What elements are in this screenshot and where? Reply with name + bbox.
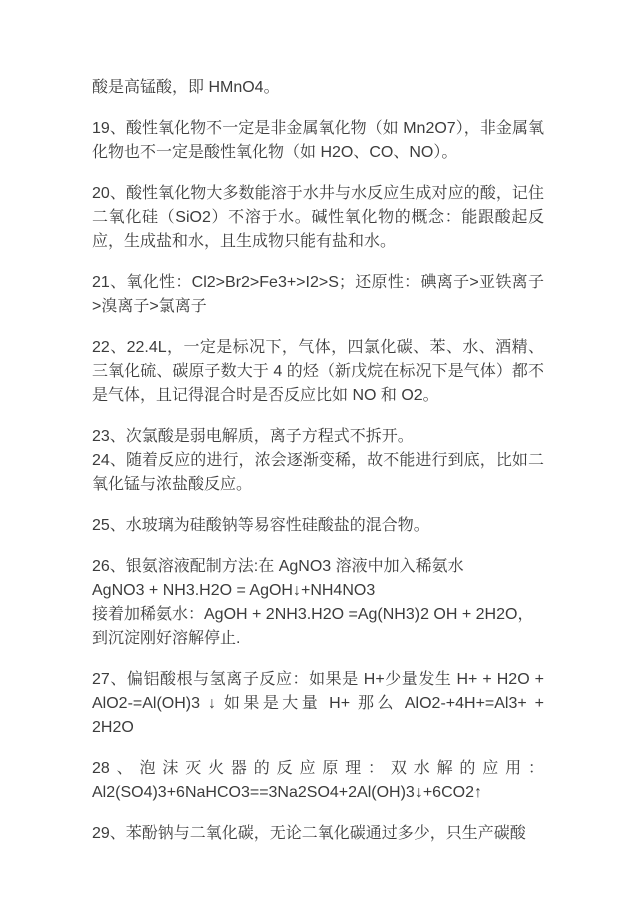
paragraph-18-continuation: 酸是高锰酸，即 HMnO4。 <box>92 76 544 100</box>
paragraph-27: 27、偏铝酸根与氢离子反应：如果是 H+少量发生 H+ + H2O + AlO2… <box>92 668 544 740</box>
paragraph-20: 20、酸性氧化物大多数能溶于水井与水反应生成对应的酸，记住二氧化硅（SiO2）不… <box>92 182 544 254</box>
paragraph-22: 22、22.4L，一定是标况下，气体，四氯化碳、苯、水、酒精、三氧化硫、碳原子数… <box>92 336 544 408</box>
paragraph-19: 19、酸性氧化物不一定是非金属氧化物（如 Mn2O7），非金属氧化物也不一定是酸… <box>92 117 544 165</box>
document-page: 酸是高锰酸，即 HMnO4。19、酸性氧化物不一定是非金属氧化物（如 Mn2O7… <box>0 0 640 905</box>
paragraph-24: 24、随着反应的进行，浓会逐渐变稀，故不能进行到底，比如二氧化锰与浓盐酸反应。 <box>92 449 544 497</box>
document-body: 酸是高锰酸，即 HMnO4。19、酸性氧化物不一定是非金属氧化物（如 Mn2O7… <box>92 76 544 846</box>
paragraph-28: 28、泡沫灭火器的反应原理：双水解的应用： Al2(SO4)3+6NaHCO3=… <box>92 757 544 805</box>
paragraph-21: 21、氧化性：Cl2>Br2>Fe3+>I2>S；还原性：碘离子>亚铁离子>溴离… <box>92 271 544 319</box>
paragraph-25: 25、水玻璃为硅酸钠等易容性硅酸盐的混合物。 <box>92 514 544 538</box>
paragraph-26: 26、银氨溶液配制方法:在 AgNO3 溶液中加入稀氨水 AgNO3 + NH3… <box>92 555 544 651</box>
paragraph-29: 29、苯酚钠与二氧化碳，无论二氧化碳通过多少，只生产碳酸 <box>92 822 544 846</box>
paragraph-23: 23、次氯酸是弱电解质，离子方程式不拆开。 <box>92 425 544 449</box>
